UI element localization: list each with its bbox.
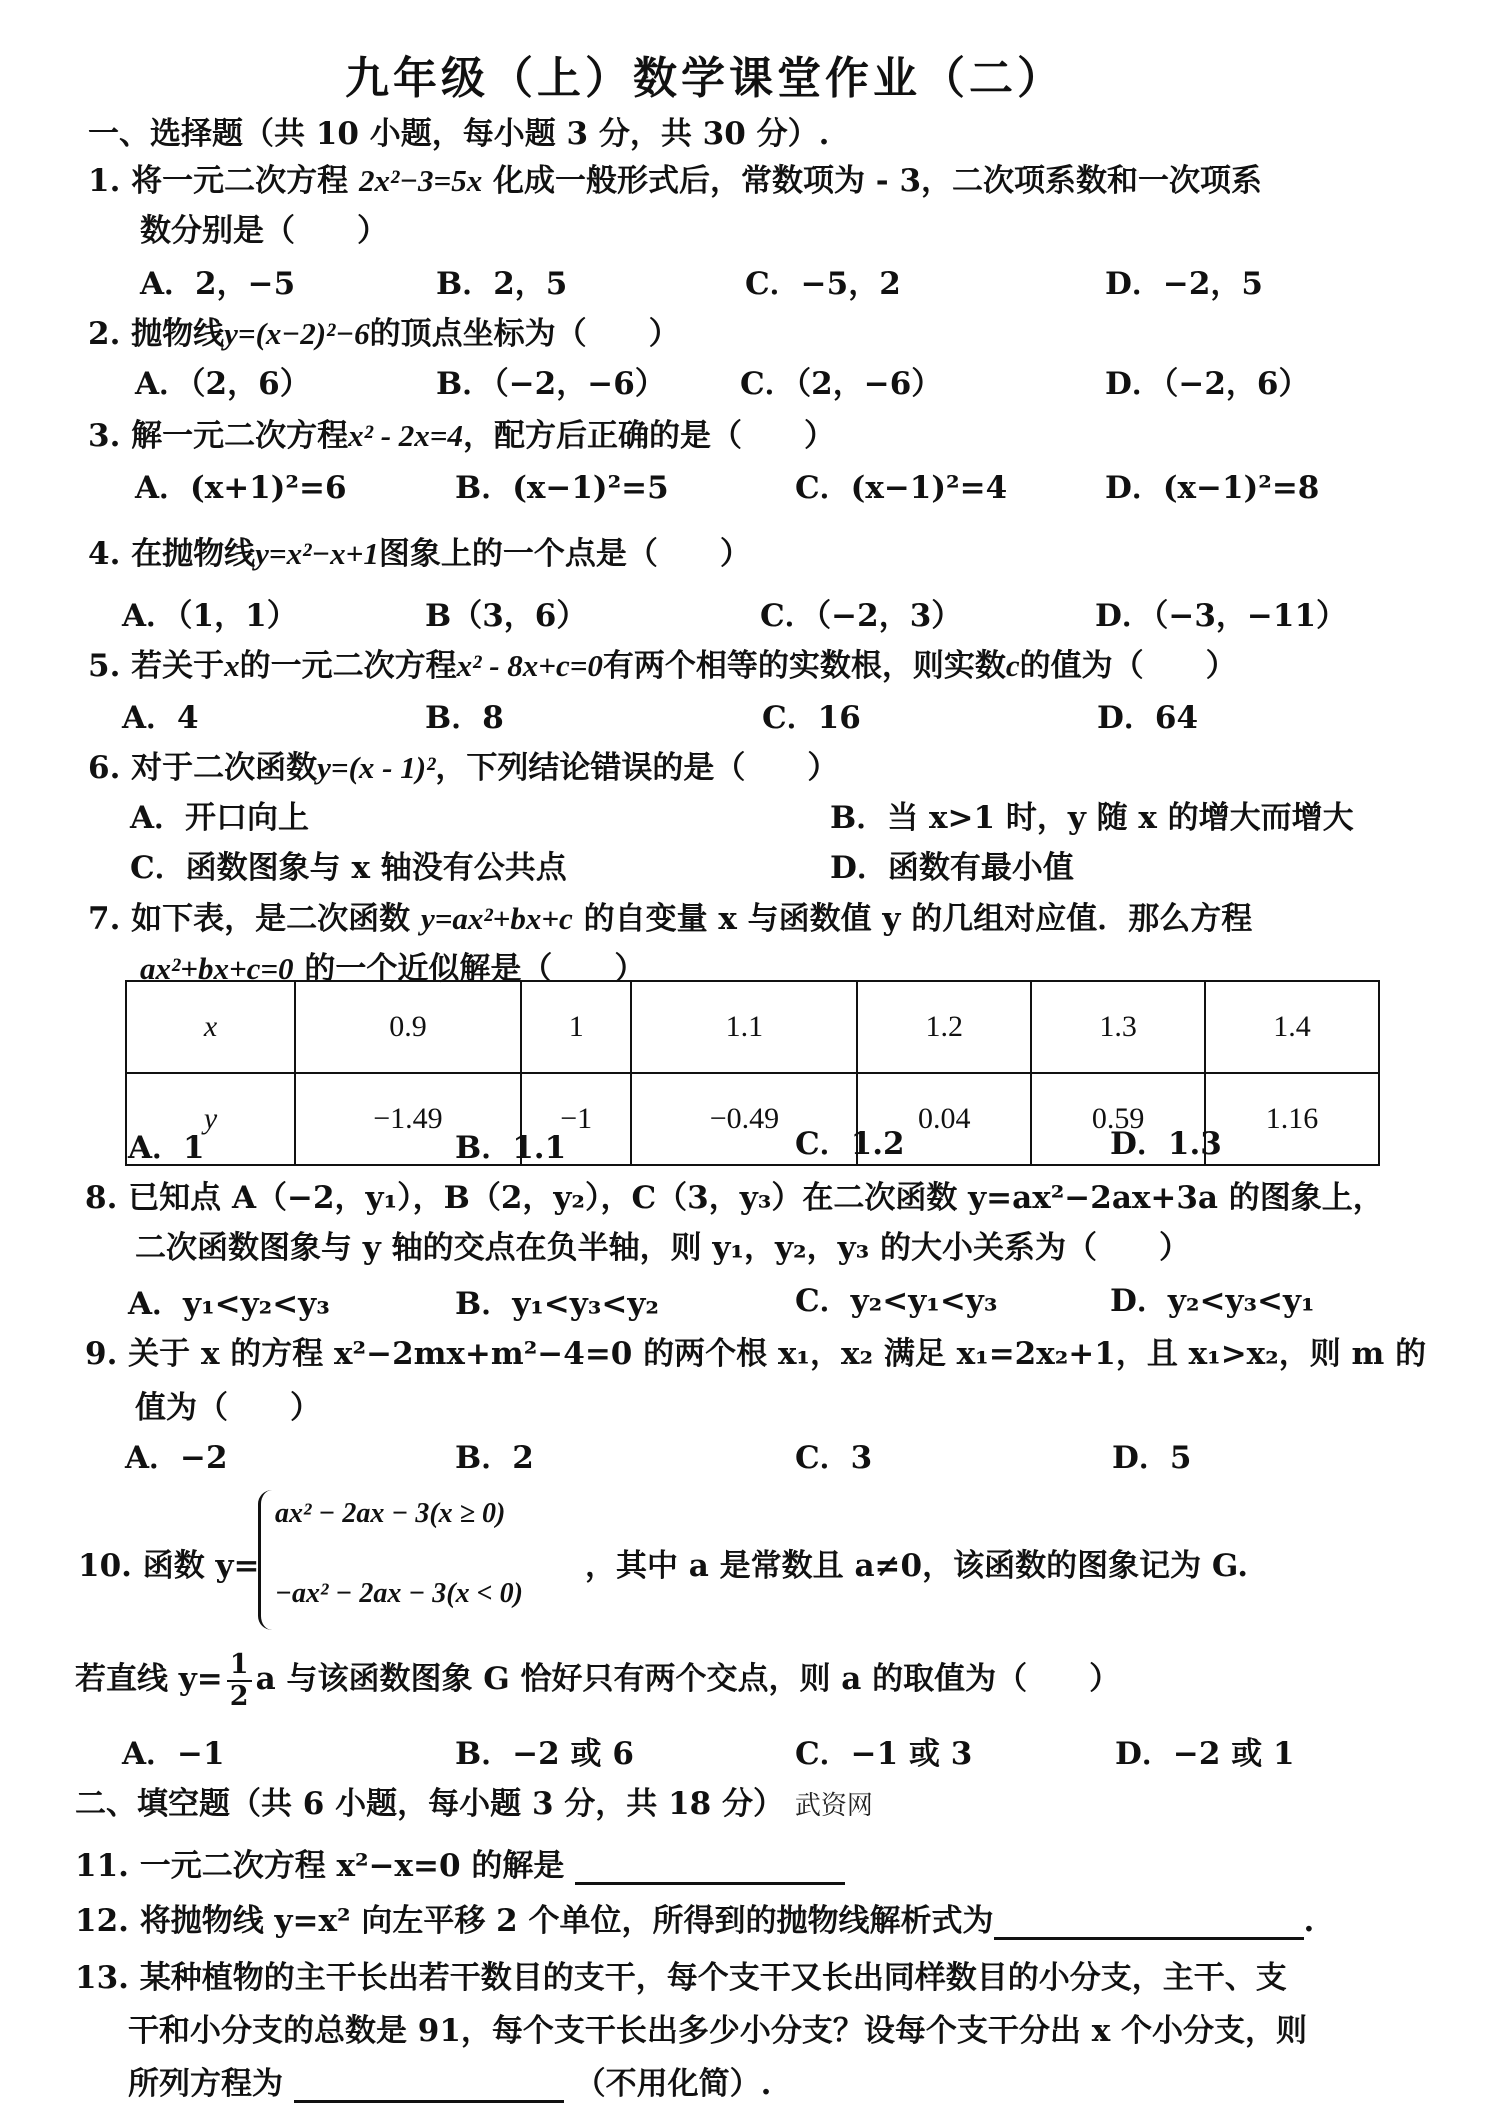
answer-blank[interactable] (294, 2070, 564, 2103)
equation: x² - 8x+c=0 (457, 648, 603, 683)
question-10-line-2: 若直线 y=12a 与该函数图象 G 恰好只有两个交点，则 a 的取值为（ ） (75, 1650, 1120, 1711)
question-13-line-3: 所列方程为 （不用化简）. (128, 2058, 771, 2103)
q6-option-b: B．当 x>1 时，y 随 x 的增大而增大 (830, 792, 1354, 837)
question-10-intro: 10. 函数 y= (78, 1540, 260, 1585)
q2-option-c: C．（2，−6） (740, 358, 942, 403)
q7-option-a: A．1 (128, 1122, 205, 1167)
question-12: 12. 将抛物线 y=x² 向左平移 2 个单位，所得到的抛物线解析式为. (75, 1895, 1314, 1940)
q3-option-b: B．(x−1)²=5 (455, 462, 669, 507)
q6-option-d: D．函数有最小值 (830, 842, 1074, 887)
question-13-line-2: 干和小分支的总数是 91，每个支干长出多少小分支？设每个支干分出 x 个小分支，… (128, 2005, 1307, 2050)
question-13-line-1: 13. 某种植物的主干长出若干数目的支干，每个支干又长出同样数目的小分支，主干、… (75, 1952, 1287, 1997)
q3-option-a: A．(x+1)²=6 (135, 462, 347, 507)
q2-option-b: B．（−2，−6） (436, 358, 666, 403)
question-8-line-2: 二次函数图象与 y 轴的交点在负半轴，则 y₁，y₂，y₃ 的大小关系为（ ） (135, 1222, 1190, 1267)
table-cell: 1.1 (631, 981, 857, 1073)
fraction-one-half: 12 (227, 1650, 252, 1711)
q5-option-a: A．4 (122, 692, 199, 737)
q5-option-d: D．64 (1097, 692, 1198, 737)
page-title: 九年级（上）数学课堂作业（二） (345, 42, 1065, 106)
question-5: 5. 若关于x的一元二次方程x² - 8x+c=0有两个相等的实数根，则实数c的… (88, 640, 1237, 685)
section-heading-choice: 一、选择题（共 10 小题，每小题 3 分，共 30 分）. (88, 108, 829, 153)
q2-option-d: D．（−2，6） (1105, 358, 1310, 403)
question-3: 3. 解一元二次方程x² - 2x=4，配方后正确的是（ ） (88, 410, 835, 455)
q5-option-c: C．16 (762, 692, 861, 737)
equation: y=(x - 1)² (317, 750, 435, 785)
watermark: 武资网 (795, 1791, 873, 1821)
q9-option-d: D．5 (1112, 1432, 1191, 1477)
q9-option-c: C．3 (795, 1432, 872, 1477)
q3-option-c: C．(x−1)²=4 (795, 462, 1007, 507)
q10-option-c: C．−1 或 3 (795, 1728, 972, 1773)
question-2: 2. 抛物线y=(x−2)²−6的顶点坐标为（ ） (88, 308, 680, 353)
question-10-conditions: ，其中 a 是常数且 a≠0，该函数的图象记为 G. (585, 1540, 1248, 1585)
q2-option-a: A．（2，6） (135, 358, 311, 403)
table-cell: 1.2 (857, 981, 1031, 1073)
q1-option-c: C．−5，2 (745, 258, 901, 303)
question-7-line-1: 7. 如下表，是二次函数 y=ax²+bx+c 的自变量 x 与函数值 y 的几… (88, 893, 1252, 938)
q7-option-d: D．1.3 (1110, 1118, 1222, 1163)
q9-option-b: B．2 (455, 1432, 534, 1477)
equation: y=ax²+bx+c (421, 901, 573, 936)
table-cell: 1.4 (1205, 981, 1379, 1073)
q7-option-c: C．1.2 (795, 1118, 905, 1163)
question-6: 6. 对于二次函数y=(x - 1)²，下列结论错误的是（ ） (88, 742, 838, 787)
q8-option-d: D．y₂<y₃<y₁ (1110, 1275, 1315, 1320)
question-1-line-1: 1. 将一元二次方程 2x²−3=5x 化成一般形式后，常数项为 - 3，二次项… (88, 155, 1262, 200)
q10-option-d: D．−2 或 1 (1115, 1728, 1295, 1773)
piecewise-case-1: ax² − 2ax − 3(x ≥ 0) (275, 1498, 505, 1530)
table-row-x: x 0.9 1 1.1 1.2 1.3 1.4 (126, 981, 1379, 1073)
q6-option-c: C．函数图象与 x 轴没有公共点 (130, 842, 567, 887)
q5-option-b: B．8 (425, 692, 504, 737)
question-4: 4. 在抛物线y=x²−x+1图象上的一个点是（ ） (88, 528, 751, 573)
q4-option-b: B（3，6） (425, 590, 587, 635)
answer-blank[interactable] (994, 1907, 1304, 1940)
q4-option-a: A．（1，1） (122, 590, 298, 635)
table-cell: 1 (521, 981, 632, 1073)
q1-option-a: A．2，−5 (140, 258, 295, 303)
q4-option-d: D．（−3，−11） (1095, 590, 1347, 635)
q6-option-a: A．开口向上 (130, 792, 309, 837)
q8-option-c: C．y₂<y₁<y₃ (795, 1275, 997, 1320)
question-9-line-1: 9. 关于 x 的方程 x²−2mx+m²−4=0 的两个根 x₁，x₂ 满足 … (85, 1328, 1426, 1373)
answer-blank[interactable] (575, 1852, 845, 1885)
worksheet-page: 九年级（上）数学课堂作业（二） 一、选择题（共 10 小题，每小题 3 分，共 … (0, 0, 1492, 2112)
question-9-line-2: 值为（ ） (135, 1382, 321, 1427)
q10-option-a: A．−1 (122, 1728, 225, 1773)
table-cell: 1.3 (1031, 981, 1205, 1073)
q7-option-b: B．1.1 (455, 1122, 566, 1167)
equation: x² - 2x=4 (348, 418, 463, 453)
q9-option-a: A．−2 (125, 1432, 228, 1477)
table-cell: 1.16 (1205, 1073, 1379, 1165)
q4-option-c: C．（−2，3） (760, 590, 962, 635)
q8-option-b: B．y₁<y₃<y₂ (455, 1278, 659, 1323)
piecewise-case-2: −ax² − 2ax − 3(x < 0) (275, 1578, 523, 1610)
equation: y=(x−2)²−6 (224, 316, 369, 351)
question-11: 11. 一元二次方程 x²−x=0 的解是 (75, 1840, 845, 1885)
row-label: x (126, 981, 295, 1073)
table-cell: 0.9 (295, 981, 521, 1073)
q1-option-b: B．2，5 (436, 258, 567, 303)
q10-option-b: B．−2 或 6 (455, 1728, 634, 1773)
equation: 2x²−3=5x (359, 163, 482, 198)
q1-option-d: D．−2，5 (1105, 258, 1263, 303)
question-8-line-1: 8. 已知点 A（−2，y₁），B（2，y₂），C（3，y₃）在二次函数 y=a… (85, 1172, 1384, 1217)
q3-option-d: D．(x−1)²=8 (1105, 462, 1319, 507)
question-1-line-2: 数分别是（ ） (140, 205, 388, 250)
equation: y=x²−x+1 (255, 536, 379, 571)
q8-option-a: A．y₁<y₂<y₃ (128, 1278, 330, 1323)
section-heading-fill: 二、填空题（共 6 小题，每小题 3 分，共 18 分） 武资网 (75, 1778, 873, 1823)
question-number: 1. (88, 163, 120, 199)
